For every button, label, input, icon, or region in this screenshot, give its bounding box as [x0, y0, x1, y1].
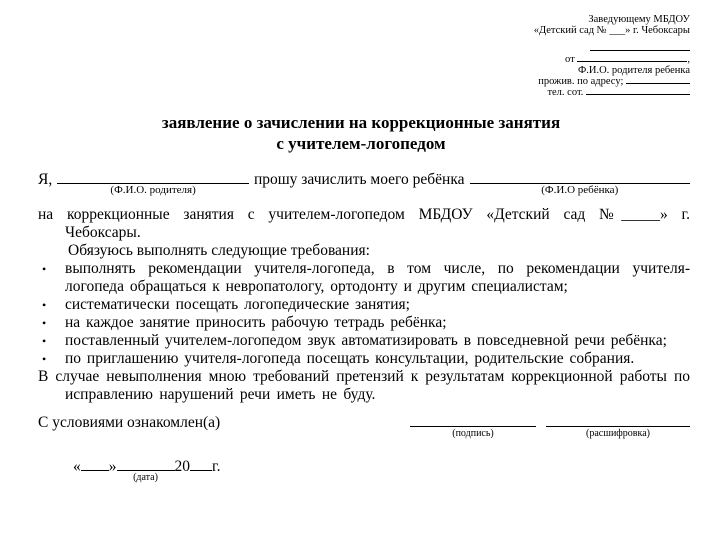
- requirement-item: систематически посещать логопедические з…: [65, 296, 690, 314]
- address-label: прожив. по адресу;: [538, 76, 623, 87]
- acknowledgement-text: С условиями ознакомлен(а): [38, 414, 220, 432]
- phone-label: тел. сот.: [547, 87, 583, 98]
- requirement-item: выполнять рекомендации учителя-логопеда,…: [65, 260, 690, 296]
- year-blank: [190, 470, 212, 471]
- phone-blank: [586, 94, 690, 95]
- requirement-item: поставленный учителем-логопедом звук авт…: [65, 332, 690, 350]
- acknowledgement-row: С условиями ознакомлен(а) (подпись) (рас…: [38, 414, 690, 432]
- form-body: Я, (Ф.И.О. родителя) прошу зачислить мое…: [38, 171, 690, 476]
- form-header: Заведующему МБДОУ «Детский сад № ___» г.…: [534, 14, 690, 98]
- address-line: прожив. по адресу;: [534, 76, 690, 87]
- signature-note: (подпись): [410, 428, 536, 439]
- date-line: « » (дата) 20 г.: [73, 458, 220, 476]
- year-suffix: г.: [212, 458, 220, 476]
- title-line-2: с учителем-логопедом: [32, 133, 690, 154]
- signature-blank: (подпись): [410, 426, 536, 427]
- phone-line: тел. сот.: [534, 87, 690, 98]
- year-prefix: 20: [175, 458, 191, 476]
- child-name-blank: (Ф.И.О ребёнка): [470, 183, 691, 184]
- addressee-line-2: «Детский сад № ___» г. Чебоксары: [534, 25, 690, 36]
- month-blank: (дата): [117, 470, 175, 471]
- child-name-note: (Ф.И.О ребёнка): [470, 185, 691, 196]
- disclaimer-paragraph: В случае невыполнения мною требований пр…: [38, 368, 690, 404]
- parent-fio-note: Ф.И.О. родителя ребенка: [534, 65, 690, 76]
- addressee-line-1: Заведующему МБДОУ: [534, 14, 690, 25]
- day-blank: [81, 470, 109, 471]
- date-open-quote: «: [73, 458, 81, 476]
- date-note: (дата): [117, 472, 175, 483]
- parent-name-note: (Ф.И.О. родителя): [57, 185, 249, 196]
- name-note: (расшифровка): [546, 428, 690, 439]
- requirements-list: выполнять рекомендации учителя-логопеда,…: [38, 260, 690, 368]
- applicant-line: Я, (Ф.И.О. родителя) прошу зачислить мое…: [38, 171, 690, 189]
- date-close-quote: »: [109, 458, 117, 476]
- requirement-item: по приглашению учителя-логопеда посещать…: [65, 350, 690, 368]
- i-prefix: Я,: [38, 171, 52, 189]
- from-comma: ,: [687, 54, 690, 65]
- parent-name-blank: (Ф.И.О. родителя): [57, 183, 249, 184]
- requirement-item: на каждое занятие приносить рабочую тетр…: [65, 314, 690, 332]
- enrollment-paragraph: на коррекционные занятия с учителем-лого…: [38, 206, 690, 242]
- form-title: заявление о зачислении на коррекционные …: [32, 112, 690, 154]
- address-blank: [626, 83, 690, 84]
- request-text: прошу зачислить моего ребёнка: [254, 171, 465, 189]
- from-blank: [577, 61, 687, 62]
- application-form-page: Заведующему МБДОУ «Детский сад № ___» г.…: [0, 0, 720, 540]
- blank-underline: [590, 50, 690, 51]
- from-label: от: [565, 54, 575, 65]
- from-line: от ,: [534, 54, 690, 65]
- title-line-1: заявление о зачислении на коррекционные …: [32, 112, 690, 133]
- name-blank: (расшифровка): [546, 426, 690, 427]
- obligation-intro: Обязуюсь выполнять следующие требования:: [38, 242, 690, 260]
- header-blank-line: [534, 43, 690, 54]
